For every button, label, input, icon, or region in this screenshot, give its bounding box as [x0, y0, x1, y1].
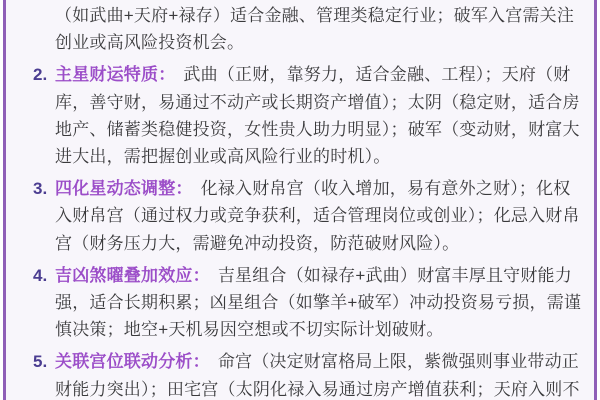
list-item-content: （如武曲+天府+禄存）适合金融、管理类稳定行业；破军入宫需关注创业或高风险投资机… [55, 2, 588, 56]
finance-list: （如武曲+天府+禄存）适合金融、管理类稳定行业；破军入宫需关注创业或高风险投资机… [6, 0, 594, 400]
list-item-number: 2. [33, 61, 55, 170]
list-item: 3. 四化星动态调整：化禄入财帛宫（收入增加，易有意外之财）；化权入财帛宫（通过… [33, 175, 588, 257]
text-line: 库，善守财，易通过不动产或长期资产增值）；太阴（稳定财，适合房 [55, 89, 588, 116]
item-text: 吉星组合（如禄存+武曲）财富丰厚且守财能力 [218, 266, 572, 285]
list-item-number [33, 2, 55, 56]
text-line: 四化星动态调整：化禄入财帛宫（收入增加，易有意外之财）；化权 [55, 175, 588, 202]
item-heading: 主星财运特质： [55, 65, 175, 84]
list-item-content: 四化星动态调整：化禄入财帛宫（收入增加，易有意外之财）；化权入财帛宫（通过权力或… [55, 175, 588, 257]
text-line: 入财帛宫（通过权力或竞争获利，适合管理岗位或创业）；化忌入财帛 [55, 202, 588, 229]
list-item-content: 主星财运特质：武曲（正财，靠努力，适合金融、工程）；天府（财库，善守财，易通过不… [55, 61, 588, 170]
list-item-content: 吉凶煞曜叠加效应：吉星组合（如禄存+武曲）财富丰厚且守财能力强，适合长期积累；凶… [55, 262, 588, 344]
list-item: 4. 吉凶煞曜叠加效应：吉星组合（如禄存+武曲）财富丰厚且守财能力强，适合长期积… [33, 262, 588, 344]
text-line: （如武曲+天府+禄存）适合金融、管理类稳定行业；破军入宫需关注 [55, 2, 588, 29]
list-item-number: 4. [33, 262, 55, 344]
item-heading: 四化星动态调整： [55, 179, 193, 198]
text-line: 主星财运特质：武曲（正财，靠努力，适合金融、工程）；天府（财 [55, 61, 588, 88]
list-item: 5. 关联宫位联动分析：命宫（决定财富格局上限，紫微强则事业带动正财能力突出）；… [33, 348, 588, 400]
text-line: 财能力突出）；田宅宫（太阴化禄入易通过房产增值获利；天府入则不 [55, 376, 588, 400]
text-line: 吉凶煞曜叠加效应：吉星组合（如禄存+武曲）财富丰厚且守财能力 [55, 262, 588, 289]
list-item: 2. 主星财运特质：武曲（正财，靠努力，适合金融、工程）；天府（财库，善守财，易… [33, 61, 588, 170]
text-line: 慎决策；地空+天机易因空想或不切实际计划破财。 [55, 316, 588, 343]
text-line: 关联宫位联动分析：命宫（决定财富格局上限，紫微强则事业带动正 [55, 348, 588, 375]
text-line: 宫（财务压力大，需避免冲动投资，防范破财风险）。 [55, 230, 588, 257]
fortune-analysis-card: （如武曲+天府+禄存）适合金融、管理类稳定行业；破军入宫需关注创业或高风险投资机… [3, 0, 597, 400]
list-item: （如武曲+天府+禄存）适合金融、管理类稳定行业；破军入宫需关注创业或高风险投资机… [33, 2, 588, 56]
item-text: 化禄入财帛宫（收入增加，易有意外之财）；化权 [201, 179, 571, 198]
item-text: 武曲（正财，靠努力，适合金融、工程）；天府（财 [183, 65, 570, 84]
text-line: 强，适合长期积累；凶星组合（如擎羊+破军）冲动投资易亏损，需谨 [55, 289, 588, 316]
text-line: 创业或高风险投资机会。 [55, 29, 588, 56]
list-item-content: 关联宫位联动分析：命宫（决定财富格局上限，紫微强则事业带动正财能力突出）；田宅宫… [55, 348, 588, 400]
list-item-number: 5. [33, 348, 55, 400]
text-line: 进大出，需把握创业或高风险行业的时机）。 [55, 143, 588, 170]
item-heading: 关联宫位联动分析： [55, 352, 210, 371]
text-line: 地产、储蓄类稳健投资，女性贵人助力明显）；破军（变动财，财富大 [55, 116, 588, 143]
item-heading: 吉凶煞曜叠加效应： [55, 266, 210, 285]
item-text: 命宫（决定财富格局上限，紫微强则事业带动正 [218, 352, 579, 371]
list-item-number: 3. [33, 175, 55, 257]
